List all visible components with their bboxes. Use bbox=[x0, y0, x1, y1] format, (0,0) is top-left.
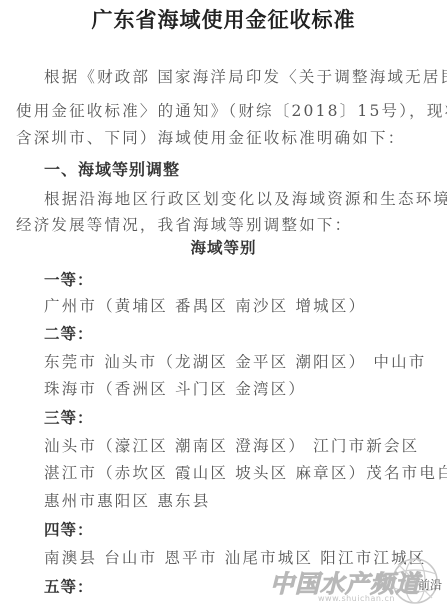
intro-line-1: 根据《财政部 国家海洋局印发〈关于调整海域无居民海岛 bbox=[44, 65, 447, 87]
grade-3-label: 三等： bbox=[44, 406, 94, 428]
grade-2-line-1: 东莞市 汕头市（龙湖区 金平区 潮阳区） 中山市 bbox=[44, 350, 427, 372]
grade-4-label: 四等： bbox=[44, 518, 94, 540]
grade-1-line-1: 广州市（黄埔区 番禺区 南沙区 增城区） bbox=[44, 294, 366, 316]
document-page: 广东省海域使用金征收标准 根据《财政部 国家海洋局印发〈关于调整海域无居民海岛 … bbox=[0, 0, 447, 613]
watermark-tag: 前沿 bbox=[418, 576, 442, 593]
grade-2-line-2: 珠海市（香洲区 斗门区 金湾区） bbox=[44, 377, 306, 399]
watermark-url: www.shuichan.cn bbox=[318, 594, 395, 603]
intro-line-3: 含深圳市、下同）海域使用金征收标准明确如下： bbox=[16, 126, 405, 148]
document-title: 广东省海域使用金征收标准 bbox=[0, 4, 447, 34]
section-line-2: 经济发展等情况，我省海域等别调整如下： bbox=[16, 213, 352, 235]
grade-5-label: 五等： bbox=[44, 575, 94, 597]
grade-2-label: 二等： bbox=[44, 322, 94, 344]
intro-line-2: 使用金征收标准〉的通知》（财综〔2018〕15号），现将我省（不 bbox=[16, 99, 447, 121]
watermark: 中国水产频道 www.shuichan.cn 前沿 bbox=[268, 556, 447, 613]
grade-3-line-3: 惠州市惠阳区 惠东县 bbox=[44, 489, 210, 511]
grade-3-line-1: 汕头市（濠江区 潮南区 澄海区） 江门市新会区 bbox=[44, 434, 419, 456]
section-heading: 一、海域等别调整 bbox=[44, 157, 180, 180]
grades-heading: 海域等别 bbox=[0, 236, 447, 258]
grade-1-label: 一等： bbox=[44, 268, 94, 290]
grade-3-line-2: 湛江市（赤坎区 霞山区 坡头区 麻章区）茂名市电白区 bbox=[44, 461, 447, 483]
section-line-1: 根据沿海地区行政区划变化以及海域资源和生态环境、社会 bbox=[44, 187, 447, 209]
